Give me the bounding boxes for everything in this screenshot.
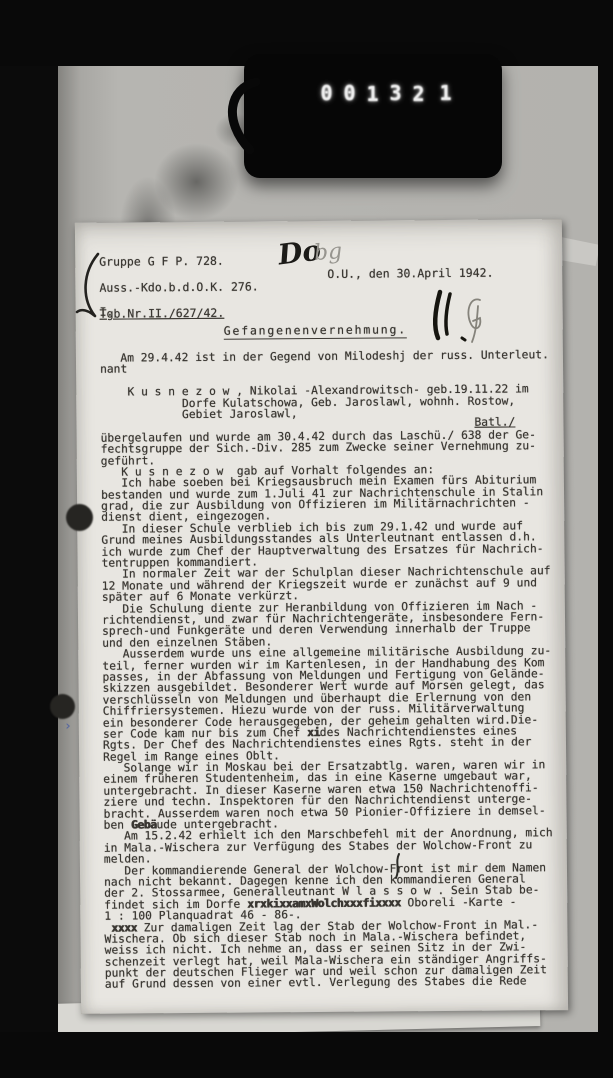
header-line-tgb: Tgb.Nr.II./627/42. — [100, 306, 225, 321]
frame-counter: 001321 — [244, 54, 502, 178]
document-date: O.U., den 30.April 1942. — [327, 266, 493, 281]
body-line: auf Grund dessen von einer evtl. Verlegu… — [105, 976, 554, 991]
counter-digit: 1 — [435, 80, 456, 106]
header-line-kdo: Auss.-Kdo.b.d.O.K. 276. — [99, 279, 258, 294]
photo-canvas: Gruppe G F P. 728. Auss.-Kdo.b.d.O.K. 27… — [0, 0, 613, 1078]
punch-hole — [50, 694, 75, 719]
punch-hole — [66, 504, 93, 531]
batl-insertion: Batl./ — [474, 415, 515, 428]
counter-digit: 0 — [316, 80, 337, 106]
document-header: Gruppe G F P. 728. Auss.-Kdo.b.d.O.K. 27… — [99, 254, 259, 320]
frame-counter-digits: 001321 — [316, 80, 458, 106]
film-curl — [214, 76, 262, 160]
margin-stroke-mark — [68, 250, 106, 324]
counter-digit: 0 — [339, 80, 360, 106]
handwritten-bg-mark: bg — [313, 239, 343, 266]
signature-mark — [418, 286, 492, 348]
pen-stroke-oboreli — [392, 852, 404, 880]
document-title: Gefangenenvernehmung. — [224, 322, 407, 339]
counter-digit: 2 — [408, 81, 429, 107]
film-edge-right — [598, 0, 613, 1078]
film-edge-bottom — [0, 1032, 613, 1078]
document-body: Am 29.4.42 ist in der Gegend von Milodes… — [100, 349, 554, 990]
counter-digit: 1 — [362, 81, 383, 107]
margin-check-mark: › — [64, 719, 72, 734]
document-page: Gruppe G F P. 728. Auss.-Kdo.b.d.O.K. 27… — [75, 219, 568, 1014]
film-edge-left — [0, 0, 58, 1078]
counter-digit: 3 — [385, 80, 406, 106]
header-line-unit: Gruppe G F P. 728. — [99, 254, 224, 269]
